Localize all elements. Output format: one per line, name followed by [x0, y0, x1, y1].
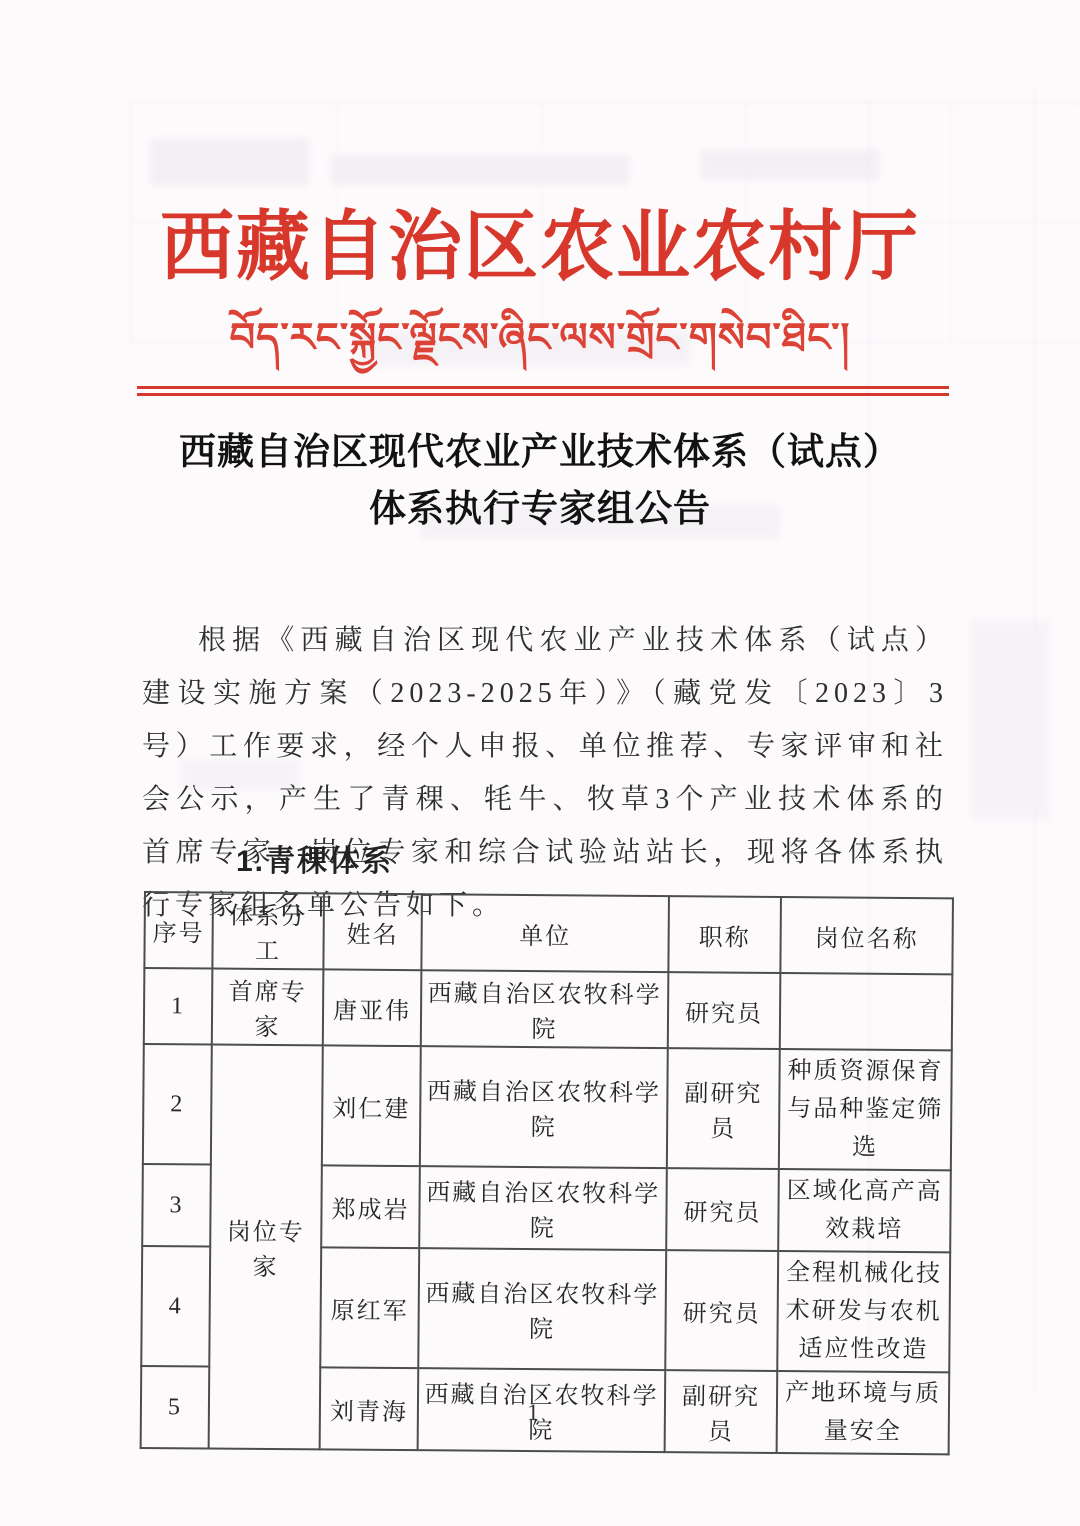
cell-title: 研究员 [666, 1168, 779, 1251]
cell-title: 研究员 [668, 972, 781, 1049]
table-row: 2 岗位专家 刘仁建 西藏自治区农牧科学院 副研究员 种质资源保育与品种鉴定筛选 [143, 1044, 952, 1170]
cell-post: 全程机械化技术研发与农机适应性改造 [777, 1251, 950, 1372]
letterhead-org-name: 西藏自治区农业农村厅 [0, 186, 1080, 296]
cell-title: 副研究员 [667, 1048, 780, 1169]
body-paragraph: 根据《西藏自治区现代农业产业技术体系（试点）建设实施方案（2023-2025年）… [142, 614, 948, 932]
letterhead-double-rule [137, 386, 949, 396]
cell-post: 区域化高产高效栽培 [778, 1169, 951, 1252]
cell-no: 1 [144, 968, 213, 1045]
section-heading-qingke: 1.青稞体系 [236, 836, 393, 880]
bleedthrough-smudge [700, 150, 880, 180]
experts-table: 序号 体系分工 姓名 单位 职称 岗位名称 1 首席专家 唐亚伟 西藏自治区农牧… [140, 891, 954, 1455]
table-header-row: 序号 体系分工 姓名 单位 职称 岗位名称 [144, 892, 953, 974]
cell-unit: 西藏自治区农牧科学院 [418, 1248, 666, 1370]
cell-post: 种质资源保育与品种鉴定筛选 [779, 1049, 952, 1170]
cell-unit: 西藏自治区农牧科学院 [419, 1166, 667, 1250]
col-header-no: 序号 [144, 892, 213, 969]
cell-name: 原红军 [320, 1247, 419, 1368]
cell-unit: 西藏自治区农牧科学院 [420, 1046, 668, 1168]
scanned-document-page: 西藏自治区农业农村厅 བོད་རང་སྐྱོང་ལྗོངས་ཞིང་ལས་གྲོ… [0, 0, 1080, 1526]
cell-unit: 西藏自治区农牧科学院 [421, 970, 669, 1048]
cell-name: 郑成岩 [321, 1165, 420, 1248]
cell-no: 2 [143, 1044, 212, 1165]
cell-post [780, 973, 953, 1050]
document-title-line-1: 西藏自治区现代农业产业技术体系（试点） [0, 424, 1080, 481]
bleedthrough-smudge [150, 138, 310, 186]
cell-no: 4 [141, 1246, 210, 1367]
cell-title: 研究员 [665, 1250, 778, 1371]
cell-name: 唐亚伟 [323, 969, 422, 1046]
document-title: 西藏自治区现代农业产业技术体系（试点） 体系执行专家组公告 [0, 424, 1080, 538]
table-row: 1 首席专家 唐亚伟 西藏自治区农牧科学院 研究员 [144, 968, 953, 1050]
cell-no: 3 [142, 1164, 211, 1247]
col-header-role: 体系分工 [212, 893, 324, 970]
bleedthrough-smudge [330, 155, 630, 185]
col-header-name: 姓名 [323, 893, 422, 970]
cell-name: 刘仁建 [322, 1045, 421, 1166]
col-header-unit: 单位 [421, 894, 669, 972]
col-header-post: 岗位名称 [780, 897, 953, 974]
document-title-line-2: 体系执行专家组公告 [0, 481, 1080, 538]
page-number: 1 [0, 1400, 1066, 1426]
cell-role: 首席专家 [212, 969, 324, 1046]
cell-role-merged: 岗位专家 [209, 1045, 323, 1450]
bleedthrough-smudge [970, 620, 1050, 820]
col-header-title: 职称 [668, 896, 781, 973]
